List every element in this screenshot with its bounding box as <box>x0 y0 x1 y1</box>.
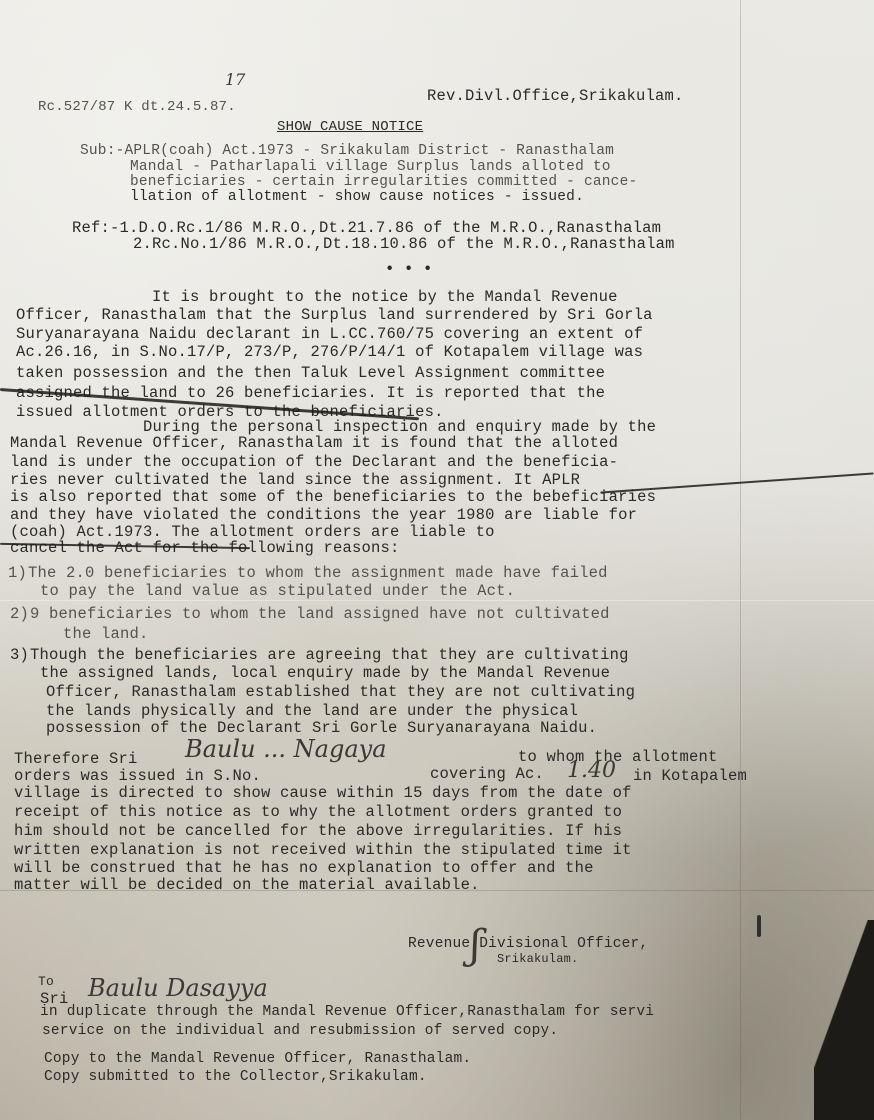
subject-line: Mandal - Patharlapali village Surplus la… <box>130 160 611 175</box>
body-line: Therefore Sri <box>14 752 138 768</box>
body-line: It is brought to the notice by the Manda… <box>152 290 618 306</box>
reason-line: the assigned lands, local enquiry made b… <box>40 666 610 682</box>
copy-line: Copy submitted to the Collector,Srikakul… <box>44 1070 427 1085</box>
body-line: receipt of this notice as to why the all… <box>14 805 622 821</box>
body-line: Officer, Ranasthalam that the Surplus la… <box>16 308 653 324</box>
body-line: him should not be cancelled for the abov… <box>14 824 622 840</box>
scanned-document: 17 Rc.527/87 K dt.24.5.87. Rev.Divl.Offi… <box>0 0 874 1120</box>
signature-place: Srikakulam. <box>497 953 578 965</box>
body-line: Mandal Revenue Officer, Ranasthalam it i… <box>10 436 618 452</box>
body-line: orders was issued in S.No. <box>14 769 261 785</box>
fold-line <box>740 0 741 1120</box>
separator: • • • <box>385 262 433 278</box>
subject-line: Sub:-APLR(coah) Act.1973 - Srikakulam Di… <box>80 144 614 159</box>
body-line: taken possession and the then Taluk Leve… <box>16 366 605 382</box>
body-line: and they have violated the conditions th… <box>10 508 637 524</box>
reference-line: 2.Rc.No.1/86 M.R.O.,Dt.18.10.86 of the M… <box>133 237 675 253</box>
recipient-line: in duplicate through the Mandal Revenue … <box>40 1005 654 1020</box>
handwritten-acres: 1.40 <box>567 758 616 783</box>
reason-line: 9 beneficiaries to whom the land assigne… <box>30 607 610 623</box>
pen-mark <box>757 915 761 937</box>
pen-mark <box>600 472 873 493</box>
subject-line: llation of allotment - show cause notice… <box>130 190 584 205</box>
body-line: Suryanarayana Naidu declarant in L.CC.76… <box>16 327 643 343</box>
reason-number: 3) <box>10 648 29 664</box>
body-line: assigned the land to 26 beneficiaries. I… <box>16 386 605 402</box>
issuing-office: Rev.Divl.Office,Srikakulam. <box>427 89 684 105</box>
signature-designation: Revenue Divisional Officer, <box>408 937 648 952</box>
body-line: covering Ac. <box>430 767 544 783</box>
subject-line: beneficiaries - certain irregularities c… <box>130 175 637 190</box>
reason-line: to pay the land value as stipulated unde… <box>40 584 515 600</box>
body-line: to whom the allotment <box>518 750 718 766</box>
handwritten-recipient-name: Baulu Dasayya <box>88 974 268 1002</box>
handwritten-beneficiary-name: Baulu ... Nagaya <box>185 735 387 763</box>
fold-line <box>0 600 874 601</box>
body-line: written explanation is not received with… <box>14 843 632 859</box>
document-title: SHOW CAUSE NOTICE <box>277 120 423 134</box>
reason-line: the land. <box>63 627 149 643</box>
copy-line: Copy to the Mandal Revenue Officer, Rana… <box>44 1052 471 1067</box>
recipient-line: service on the individual and resubmissi… <box>42 1024 558 1039</box>
to-label: To <box>38 975 54 988</box>
body-line: village is directed to show cause within… <box>14 786 632 802</box>
reason-line: the lands physically and the land are un… <box>46 704 578 720</box>
photo-shadow <box>814 920 874 1120</box>
reason-line: Though the beneficiaries are agreeing th… <box>30 648 629 664</box>
reference-number: Rc.527/87 K dt.24.5.87. <box>38 100 236 114</box>
reason-line: The 2.0 beneficiaries to whom the assign… <box>28 566 608 582</box>
handwritten-mark: 17 <box>225 70 245 89</box>
body-line: matter will be decided on the material a… <box>14 878 480 894</box>
reason-line: Officer, Ranasthalam established that th… <box>46 685 635 701</box>
reason-number: 2) <box>10 607 29 623</box>
body-line: in Kotapalem <box>633 769 747 785</box>
body-line: ries never cultivated the land since the… <box>10 473 580 489</box>
reason-number: 1) <box>8 566 27 582</box>
body-line: Ac.26.16, in S.No.17/P, 273/P, 276/P/14/… <box>16 345 643 361</box>
body-line: is also reported that some of the benefi… <box>10 490 656 506</box>
body-line: land is under the occupation of the Decl… <box>10 455 618 471</box>
body-line: will be construed that he has no explana… <box>14 861 594 877</box>
